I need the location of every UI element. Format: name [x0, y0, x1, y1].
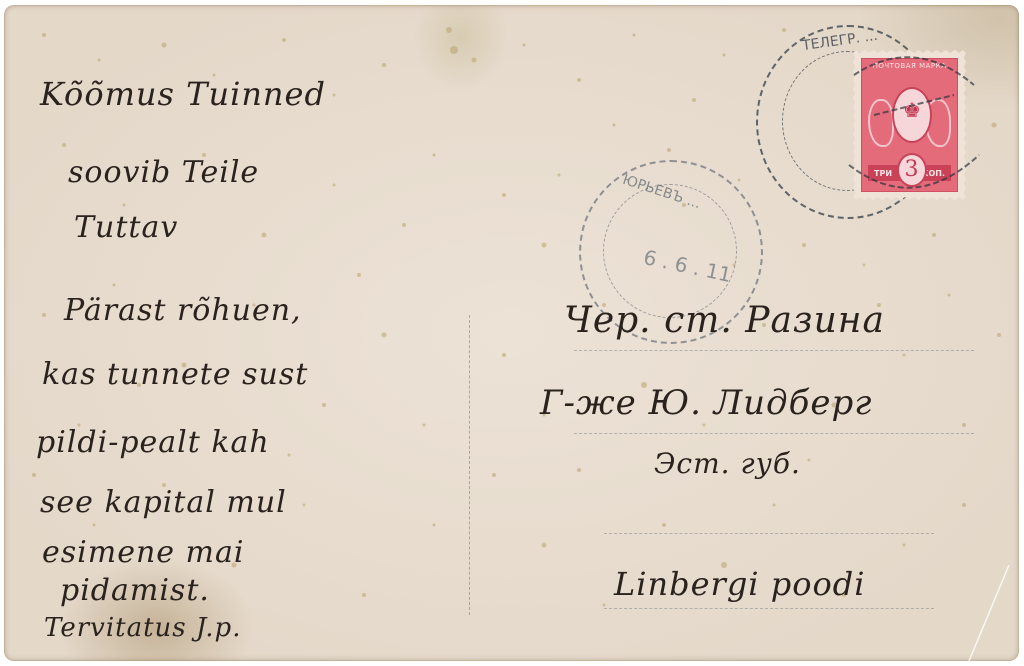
center-divider-line [469, 315, 470, 615]
address-line-1: Чер. ст. Разина [564, 300, 885, 341]
message-line-2: soovib Teile [68, 155, 259, 190]
message-line-3: Tuttav [74, 210, 178, 245]
message-line-1: Kõõmus Tuinned [40, 75, 326, 113]
message-line-5: kas tunnete sust [42, 357, 308, 392]
postcard-back: Kõõmus Tuinned soovib Teile Tuttav Päras… [4, 5, 1019, 661]
message-line-9: pidamist. [60, 573, 210, 608]
address-guide-line-2 [574, 433, 974, 434]
address-line-2: Г-же Ю. Лидберг [540, 383, 872, 423]
address-guide-line-3 [604, 533, 934, 534]
address-guide-line-4 [604, 608, 934, 609]
message-line-10: Tervitatus J.p. [44, 613, 241, 643]
paper-crease [964, 565, 1014, 661]
postmark-overlay-lines [844, 35, 984, 215]
address-line-3: Эст. губ. [654, 447, 801, 480]
address-guide-line-1 [574, 350, 974, 351]
message-line-4: Pärast rõhuen, [64, 293, 302, 328]
message-line-7: see kapital mul [40, 485, 287, 520]
address-line-4: Linbergi poodi [614, 565, 865, 603]
message-line-6: pildi-pealt kah [36, 425, 270, 460]
message-line-8: esimene mai [42, 535, 244, 570]
